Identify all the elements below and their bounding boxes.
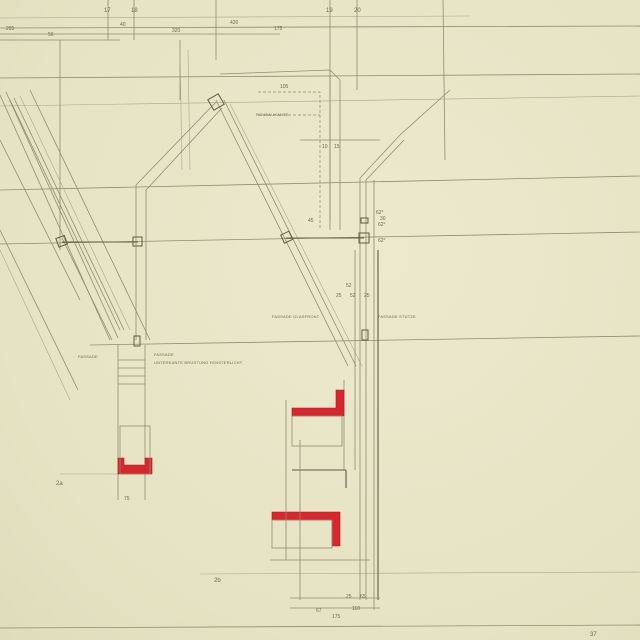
red-wall-left-u [118,458,152,474]
columns [56,94,369,346]
note-rohbaukante: ROHBAUKANTE [256,112,289,117]
right-facade [344,90,450,610]
svg-text:62°: 62° [376,210,384,216]
svg-text:45: 45 [308,218,314,224]
svg-text:420: 420 [230,20,239,26]
svg-text:25: 25 [336,293,342,299]
svg-text:295: 295 [6,26,15,32]
red-wall-lower-l [272,512,340,546]
svg-text:175: 175 [332,614,341,620]
svg-text:75: 75 [124,496,130,502]
axis-label-19: 19 [326,8,333,14]
svg-text:105: 105 [280,84,289,90]
svg-text:40: 40 [120,22,126,28]
annotations: 17 18 19 20 2a 2b 37 295 56 40 320 420 1… [6,8,597,638]
svg-text:65: 65 [360,594,366,600]
drawing-sheet: 17 18 19 20 2a 2b 37 295 56 40 320 420 1… [0,0,640,640]
svg-text:62°: 62° [378,238,386,244]
svg-text:52: 52 [350,293,356,299]
note-glasfront: FASSADE GLASFRONT [272,314,320,319]
axis-label-2b: 2b [214,578,221,584]
svg-text:25: 25 [364,293,370,299]
svg-text:10: 10 [322,144,328,150]
diagonal-facade-left [0,90,150,400]
axis-label-20: 20 [354,8,361,14]
axis-label-18: 18 [131,8,138,14]
red-wall-upper-l [292,390,344,416]
svg-text:15: 15 [334,144,340,150]
highlighted-wall-sections [118,390,380,608]
svg-text:62°: 62° [378,222,386,228]
note-brustung: UNTERKANTE BRÜSTUNG FENSTERLICHT [154,360,243,365]
svg-text:110: 110 [352,606,360,612]
note-stutze: FASSADE STÜTZE [378,314,416,319]
svg-text:52: 52 [346,283,352,289]
sheet-corner-label: 37 [590,632,597,638]
svg-text:56: 56 [48,32,54,38]
construction-lines-vertical [60,0,445,250]
architectural-drawing: 17 18 19 20 2a 2b 37 295 56 40 320 420 1… [0,0,640,640]
stairs [118,345,145,500]
axis-label-17: 17 [104,8,111,14]
svg-text:67: 67 [316,608,322,614]
note-fassade-diag: FASSADE [78,354,98,359]
svg-text:320: 320 [172,28,181,34]
axis-label-2a: 2a [56,481,63,487]
svg-text:25: 25 [346,594,352,600]
svg-text:175: 175 [274,26,283,32]
note-fassade: FASSADE [154,352,174,357]
